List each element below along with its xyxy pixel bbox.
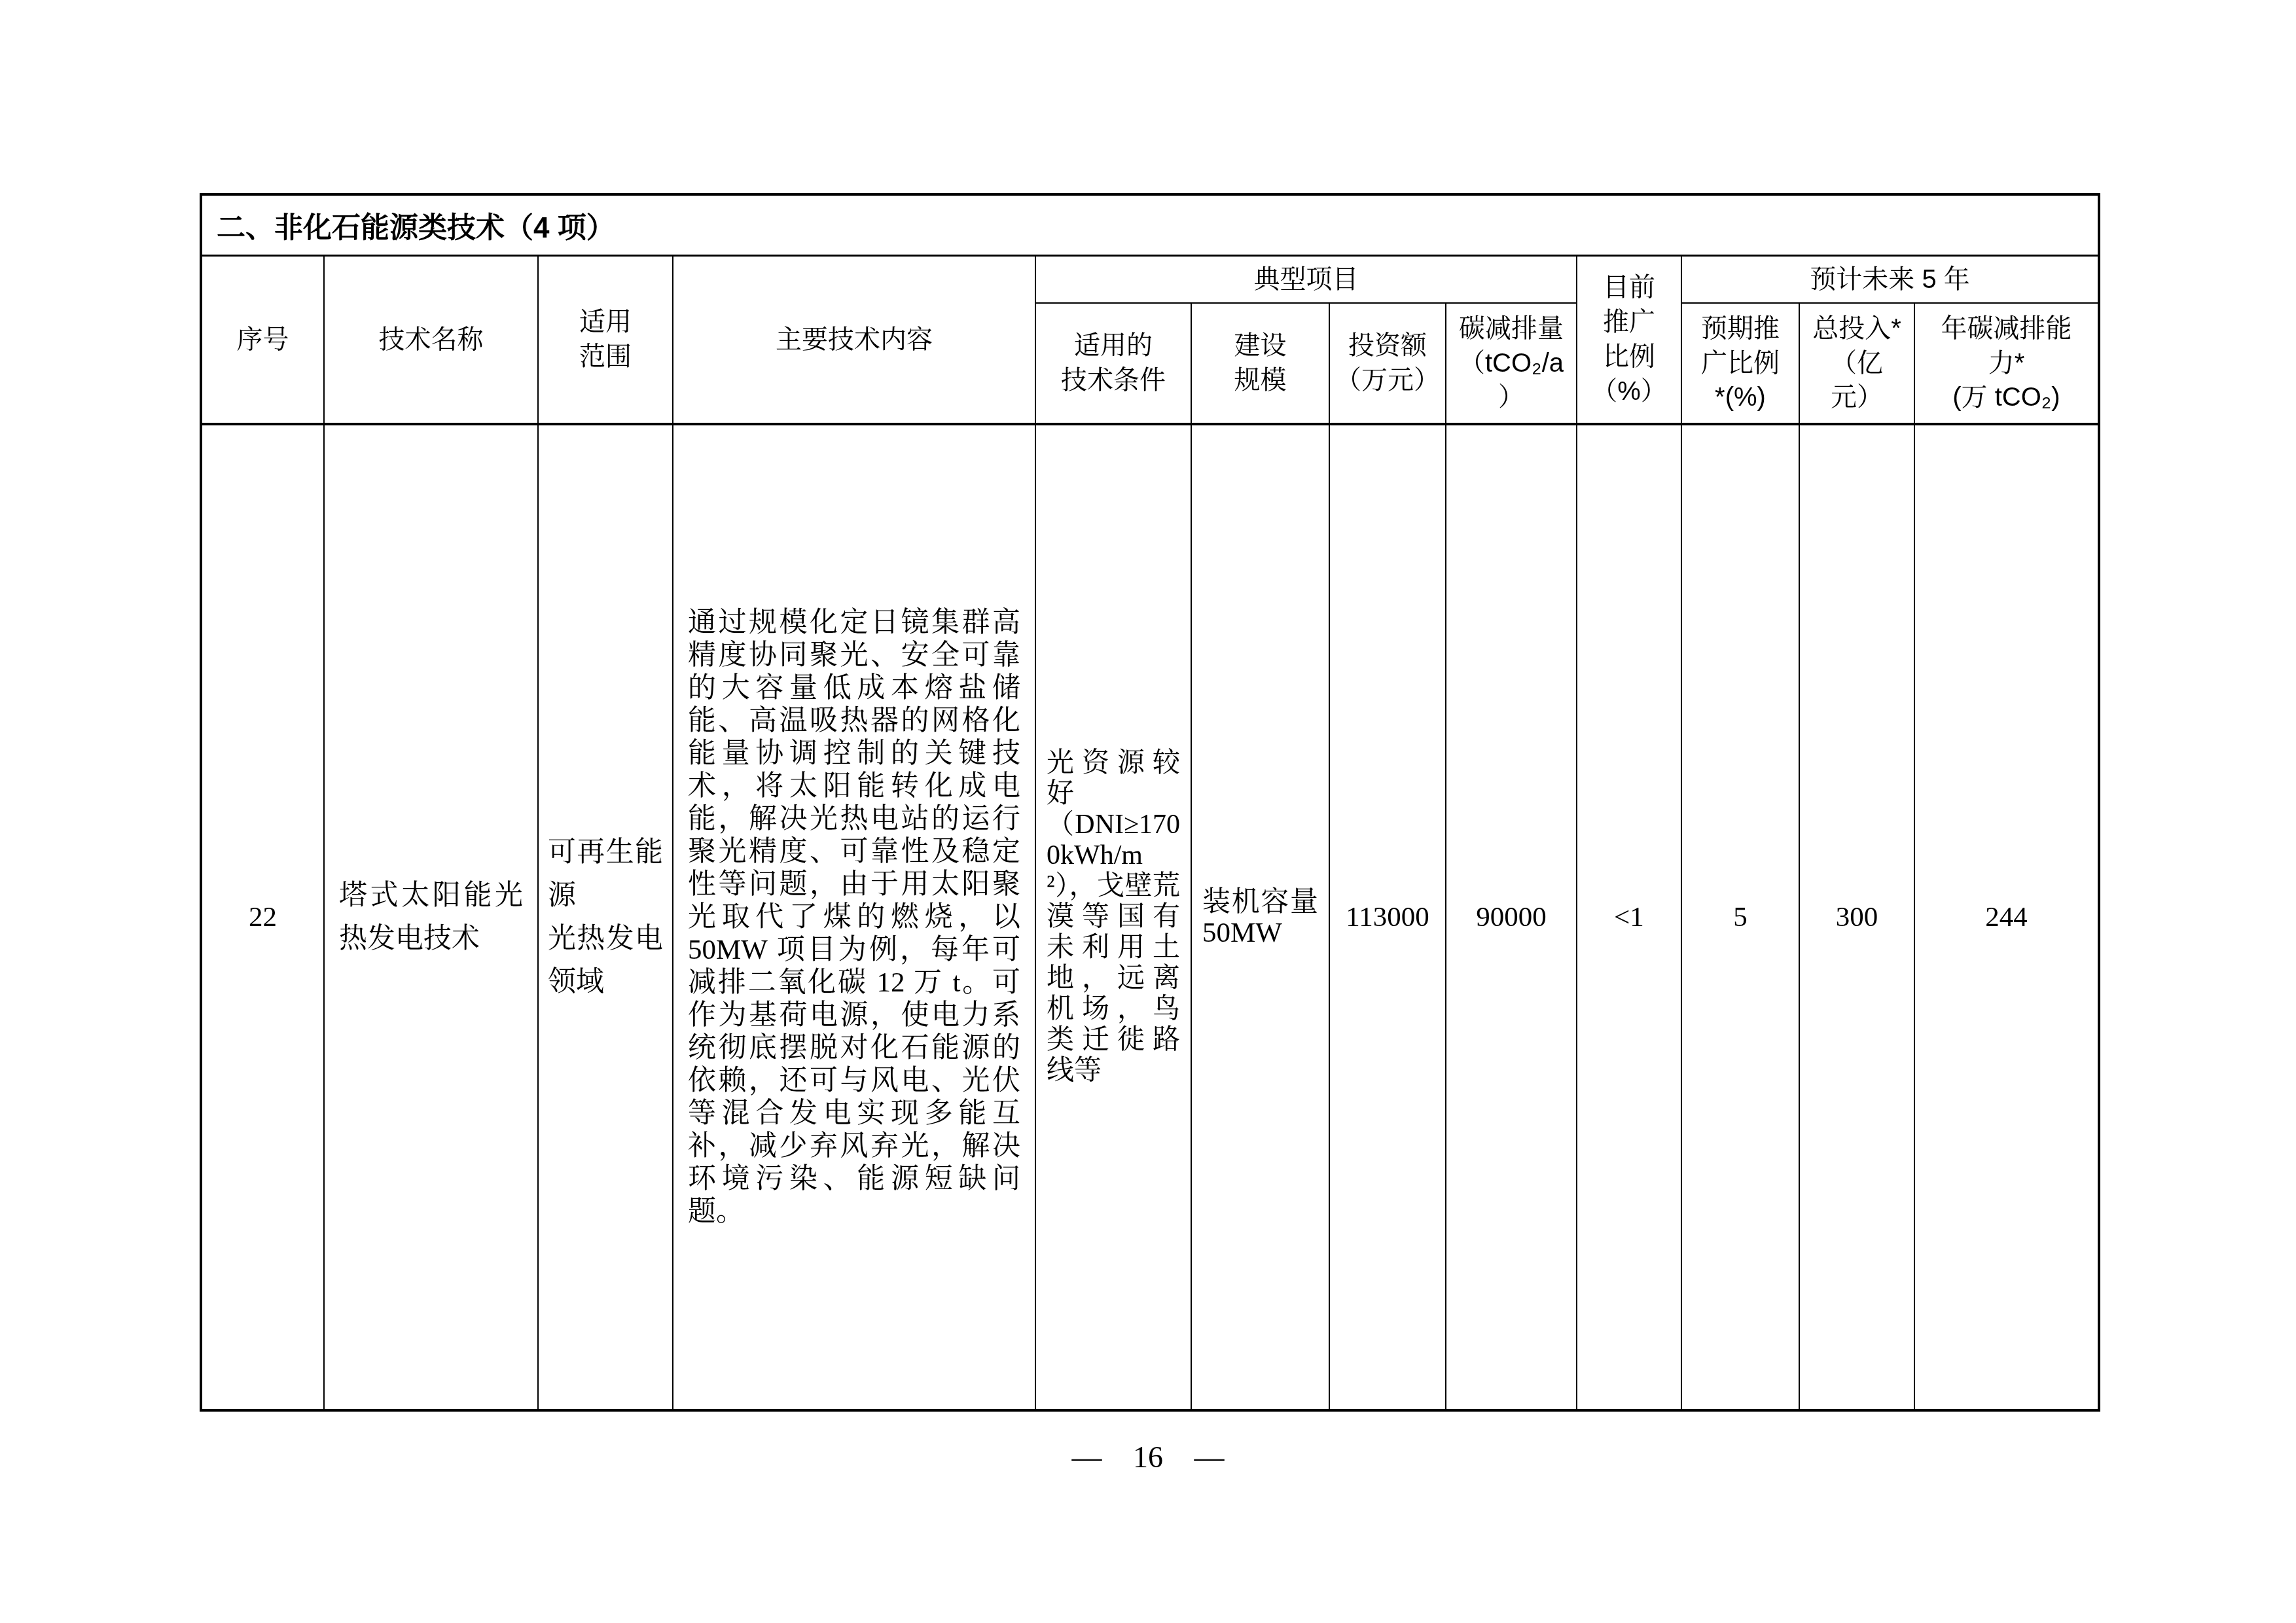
col-header-total-investment: 总投入* （亿 元）: [1799, 303, 1914, 424]
footer-right-dash: —: [1194, 1440, 1225, 1474]
col-header-carbon-reduction: 碳减排量 （tCO₂/a ）: [1446, 303, 1577, 424]
col-header-current-ratio: 目前 推广 比例 （%）: [1577, 256, 1681, 425]
col-header-conditions: 适用的 技术条件: [1035, 303, 1191, 424]
group-header-typical-project: 典型项目: [1035, 256, 1577, 304]
header-group-row: 序号 技术名称 适用 范围 主要技术内容 典型项目 目前 推广 比例 （%） 预…: [201, 256, 2099, 304]
cell-serial-number: 22: [201, 424, 324, 1410]
cell-investment: 113000: [1329, 424, 1446, 1410]
cell-carbon-reduction: 90000: [1446, 424, 1577, 1410]
col-header-serial: 序号: [201, 256, 324, 425]
cell-scope: 可再生能源 光热发电领域: [538, 424, 673, 1410]
col-header-main-content: 主要技术内容: [673, 256, 1035, 425]
page-number: 16: [1133, 1440, 1163, 1474]
cell-tech-name: 塔式太阳能光热发电技术: [324, 424, 538, 1410]
col-header-expected-ratio: 预期推 广比例 *(%): [1681, 303, 1799, 424]
cell-total-investment: 300: [1799, 424, 1914, 1410]
table-title-row: 二、非化石能源类技术（4 项）: [201, 194, 2099, 256]
col-header-scale: 建设 规模: [1191, 303, 1329, 424]
col-header-annual-carbon: 年碳减排能 力* (万 tCO₂): [1914, 303, 2099, 424]
cell-conditions: 光资源较好 （DNI≥1700kWh/m²），戈壁荒漠等国有未利用土地，远离机场…: [1035, 424, 1191, 1410]
page-footer: — 16 —: [0, 1440, 2296, 1474]
group-header-future-5yr: 预计未来 5 年: [1681, 256, 2099, 304]
col-header-investment: 投资额 （万元）: [1329, 303, 1446, 424]
cell-expected-ratio: 5: [1681, 424, 1799, 1410]
footer-left-dash: —: [1072, 1440, 1102, 1474]
table-row: 22 塔式太阳能光热发电技术 可再生能源 光热发电领域 通过规模化定日镜集群高精…: [201, 424, 2099, 1410]
section-title: 二、非化石能源类技术（4 项）: [201, 194, 2099, 256]
col-header-tech-name: 技术名称: [324, 256, 538, 425]
technology-table: 二、非化石能源类技术（4 项） 序号 技术名称 适用 范围 主要技术内容 典型项…: [200, 193, 2100, 1412]
cell-scale: 装机容量50MW: [1191, 424, 1329, 1410]
cell-current-ratio: <1: [1577, 424, 1681, 1410]
document-page: 二、非化石能源类技术（4 项） 序号 技术名称 适用 范围 主要技术内容 典型项…: [0, 0, 2296, 1623]
col-header-scope: 适用 范围: [538, 256, 673, 425]
cell-annual-carbon: 244: [1914, 424, 2099, 1410]
cell-main-content: 通过规模化定日镜集群高精度协同聚光、安全可靠的大容量低成本熔盐储能、高温吸热器的…: [673, 424, 1035, 1410]
